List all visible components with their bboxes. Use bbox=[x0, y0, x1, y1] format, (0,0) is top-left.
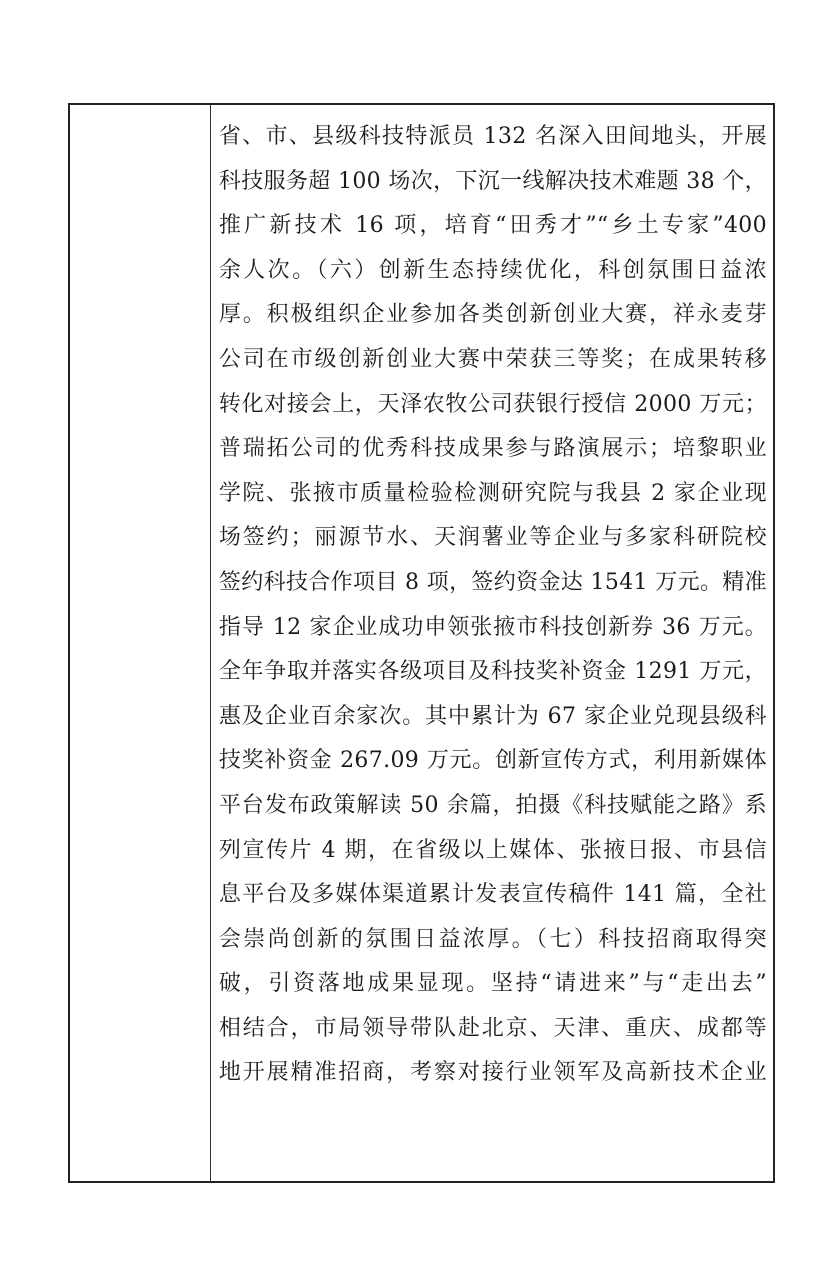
paragraph-line: 列宣传片 4 期，在省级以上媒体、张掖日报、市县信 bbox=[219, 829, 767, 874]
paragraph-line: 余人次。（六）创新生态持续优化，科创氛围日益浓 bbox=[219, 249, 767, 294]
report-table: 省、市、县级科技特派员 132 名深入田间地头，开展 科技服务超 100 场次，… bbox=[68, 103, 775, 1183]
table-right-cell: 省、市、县级科技特派员 132 名深入田间地头，开展 科技服务超 100 场次，… bbox=[211, 105, 773, 1181]
paragraph-line: 平台发布政策解读 50 余篇，拍摄《科技赋能之路》系 bbox=[219, 784, 767, 829]
paragraph-line: 会崇尚创新的氛围日益浓厚。（七）科技招商取得突 bbox=[219, 918, 767, 963]
paragraph-line: 破，引资落地成果显现。坚持“请进来”与“走出去” bbox=[219, 962, 767, 1007]
paragraph-line: 转化对接会上，天泽农牧公司获银行授信 2000 万元； bbox=[219, 383, 767, 428]
paragraph-line: 技奖补资金 267.09 万元。创新宣传方式，利用新媒体 bbox=[219, 739, 767, 784]
paragraph-line: 公司在市级创新创业大赛中荣获三等奖；在成果转移 bbox=[219, 338, 767, 383]
paragraph-line: 相结合，市局领导带队赴北京、天津、重庆、成都等 bbox=[219, 1007, 767, 1052]
paragraph-line: 地开展精准招商，考察对接行业领军及高新技术企业 bbox=[219, 1051, 767, 1096]
table-left-cell bbox=[70, 105, 211, 1181]
paragraph-line: 签约科技合作项目 8 项，签约资金达 1541 万元。精准 bbox=[219, 561, 767, 606]
document-page: 省、市、县级科技特派员 132 名深入田间地头，开展 科技服务超 100 场次，… bbox=[0, 0, 839, 1279]
paragraph-line: 科技服务超 100 场次，下沉一线解决技术难题 38 个， bbox=[219, 160, 767, 205]
paragraph-line: 全年争取并落实各级项目及科技奖补资金 1291 万元， bbox=[219, 650, 767, 695]
paragraph-line: 普瑞拓公司的优秀科技成果参与路演展示；培黎职业 bbox=[219, 427, 767, 472]
paragraph-line: 厚。积极组织企业参加各类创新创业大赛，祥永麦芽 bbox=[219, 293, 767, 338]
paragraph-line: 省、市、县级科技特派员 132 名深入田间地头，开展 bbox=[219, 115, 767, 160]
paragraph-line: 场签约；丽源节水、天润薯业等企业与多家科研院校 bbox=[219, 516, 767, 561]
paragraph-line: 推广新技术 16 项，培育“田秀才”“乡土专家”400 bbox=[219, 204, 767, 249]
paragraph-line: 学院、张掖市质量检验检测研究院与我县 2 家企业现 bbox=[219, 472, 767, 517]
paragraph-line: 指导 12 家企业成功申领张掖市科技创新券 36 万元。 bbox=[219, 606, 767, 651]
paragraph-line: 息平台及多媒体渠道累计发表宣传稿件 141 篇，全社 bbox=[219, 873, 767, 918]
paragraph-line: 惠及企业百余家次。其中累计为 67 家企业兑现县级科 bbox=[219, 695, 767, 740]
